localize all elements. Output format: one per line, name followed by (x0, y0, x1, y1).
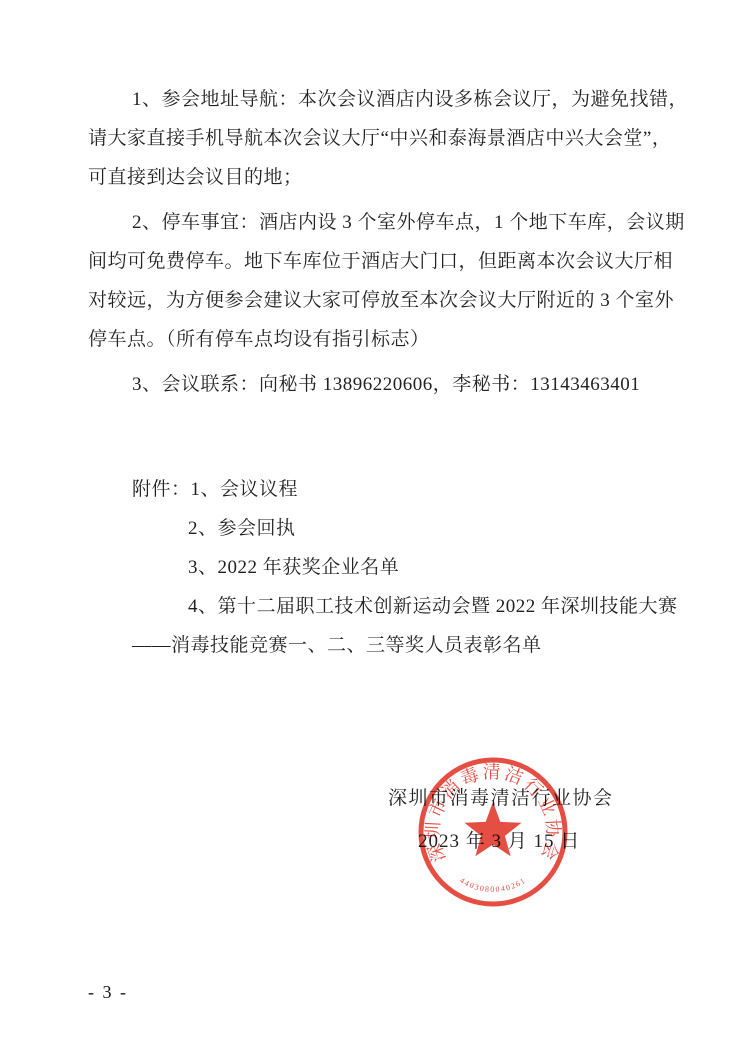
star-icon (464, 802, 521, 856)
attachment-item: 2、参会回执 (88, 509, 688, 548)
attachment-item: 4、第十二届职工技术创新运动会暨 2022 年深圳技能大赛 (88, 587, 688, 626)
paragraph-line: 停车点。（所有停车点均设有指引标志） (88, 320, 663, 359)
paragraph-line: 2、停车事宜：酒店内设 3 个室外停车点，1 个地下车库，会议期 (88, 203, 663, 242)
official-seal-stamp: 深圳市消毒清洁行业协会 4403080040261 (413, 752, 573, 912)
stamp-code-holder: 4403080040261 (458, 876, 528, 894)
paragraph-line: 可直接到达会议目的地； (88, 158, 663, 197)
attachment-item: 3、2022 年获奖企业名单 (88, 548, 688, 587)
paragraph-line: 请大家直接手机导航本次会议大厅“中兴和泰海景酒店中兴大会堂”， (88, 119, 663, 158)
paragraph-line: 1、参会地址导航：本次会议酒店内设多栋会议厅，为避免找错， (88, 80, 663, 119)
page-number: - 3 - (88, 982, 128, 1003)
stamp-code: 4403080040261 (458, 876, 528, 894)
attachment-item-continuation: ——消毒技能竞赛一、二、三等奖人员表彰名单 (88, 626, 688, 665)
body-text: 1、参会地址导航：本次会议酒店内设多栋会议厅，为避免找错， 请大家直接手机导航本… (88, 80, 663, 404)
attachment-label-line: 附件：1、会议议程 (88, 470, 688, 509)
attachments-list: 附件：1、会议议程 2、参会回执 3、2022 年获奖企业名单 4、第十二届职工… (88, 470, 688, 665)
paragraph-line: 3、会议联系：向秘书 13896220606，李秘书：13143463401 (88, 365, 663, 404)
document-page: 1、参会地址导航：本次会议酒店内设多栋会议厅，为避免找错， 请大家直接手机导航本… (0, 0, 750, 1060)
paragraph-line: 对较远，为方便参会建议大家可停放至本次会议大厅附近的 3 个室外 (88, 281, 663, 320)
paragraph-line: 间均可免费停车。地下车库位于酒店大门口，但距离本次会议大厅相 (88, 242, 663, 281)
